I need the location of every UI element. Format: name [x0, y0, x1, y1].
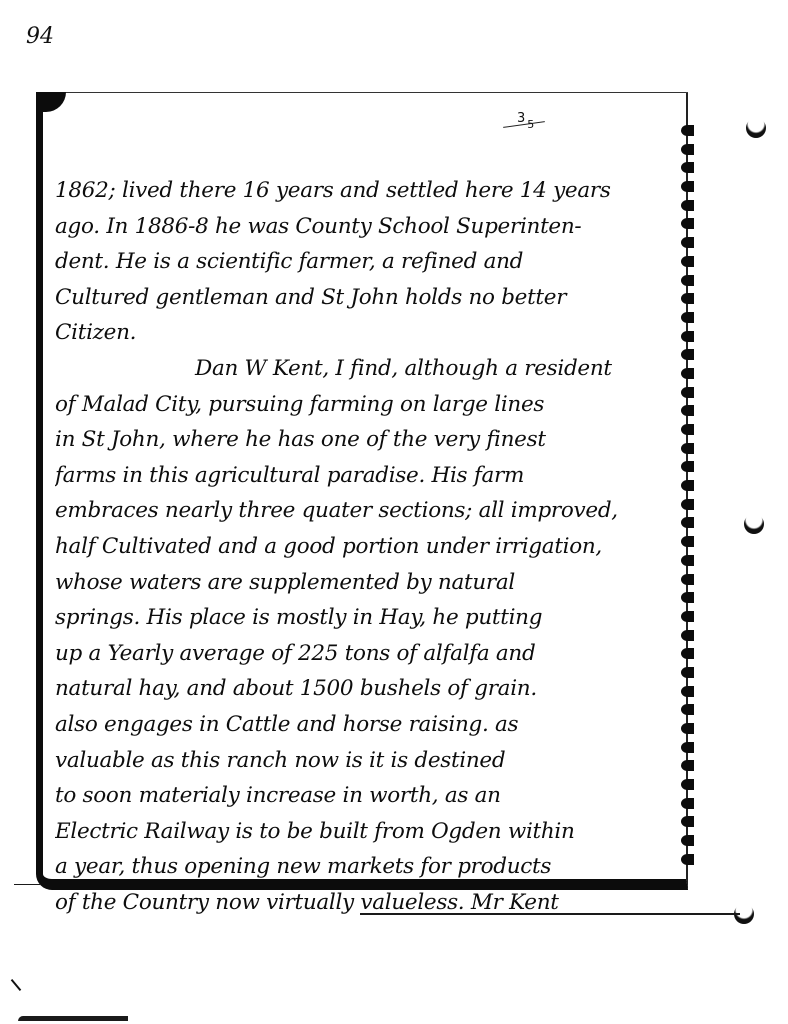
scan-rule-line: [360, 913, 740, 915]
text-line: half Cultivated and a good portion under…: [55, 529, 683, 565]
text-line: farms in this agricultural paradise. His…: [55, 458, 683, 494]
scan-mark: [11, 979, 22, 991]
sheet-number: 35: [517, 111, 532, 126]
text-line: of Malad City, pursuing farming on large…: [55, 387, 683, 423]
text-line: dent. He is a scientific farmer, a refin…: [55, 244, 683, 280]
text-line: to soon materialy increase in worth, as …: [55, 778, 683, 814]
text-line: Electric Railway is to be built from Ogd…: [55, 814, 683, 850]
notebook-page: 35 1862; lived there 16 years and settle…: [36, 92, 688, 890]
page-number: 94: [26, 24, 54, 49]
text-line: Citizen.: [55, 315, 683, 351]
text-line: whose waters are supplemented by natural: [55, 565, 683, 601]
text-line: Cultured gentleman and St John holds no …: [55, 280, 683, 316]
notebook-corner-curl: [36, 92, 66, 112]
spiral-binding: [681, 125, 695, 865]
binder-hole-top: [746, 118, 766, 138]
text-line: embraces nearly three quater sections; a…: [55, 493, 683, 529]
handwritten-text: 1862; lived there 16 years and settled h…: [55, 173, 683, 920]
text-line: in St John, where he has one of the very…: [55, 422, 683, 458]
text-line: springs. His place is mostly in Hay, he …: [55, 600, 683, 636]
text-line: natural hay, and about 1500 bushels of g…: [55, 671, 683, 707]
text-line: ago. In 1886-8 he was County School Supe…: [55, 209, 683, 245]
text-line: 1862; lived there 16 years and settled h…: [55, 173, 683, 209]
text-line: also engages in Cattle and horse raising…: [55, 707, 683, 743]
text-line: valuable as this ranch now is it is dest…: [55, 743, 683, 779]
text-line: of the Country now virtually valueless. …: [55, 885, 683, 921]
spiral-loop: [681, 162, 694, 173]
text-line-paragraph-start: Dan W Kent, I find, although a resident: [55, 351, 683, 387]
scan-edge-bottom: [18, 1016, 128, 1021]
binder-hole-middle: [744, 514, 764, 534]
spiral-loop: [681, 125, 694, 136]
scan-edge-left: [14, 884, 40, 885]
text-line: up a Yearly average of 225 tons of alfal…: [55, 636, 683, 672]
sheet-number-denominator: 5: [527, 118, 534, 131]
spiral-loop: [681, 144, 694, 155]
text-line: a year, thus opening new markets for pro…: [55, 849, 683, 885]
